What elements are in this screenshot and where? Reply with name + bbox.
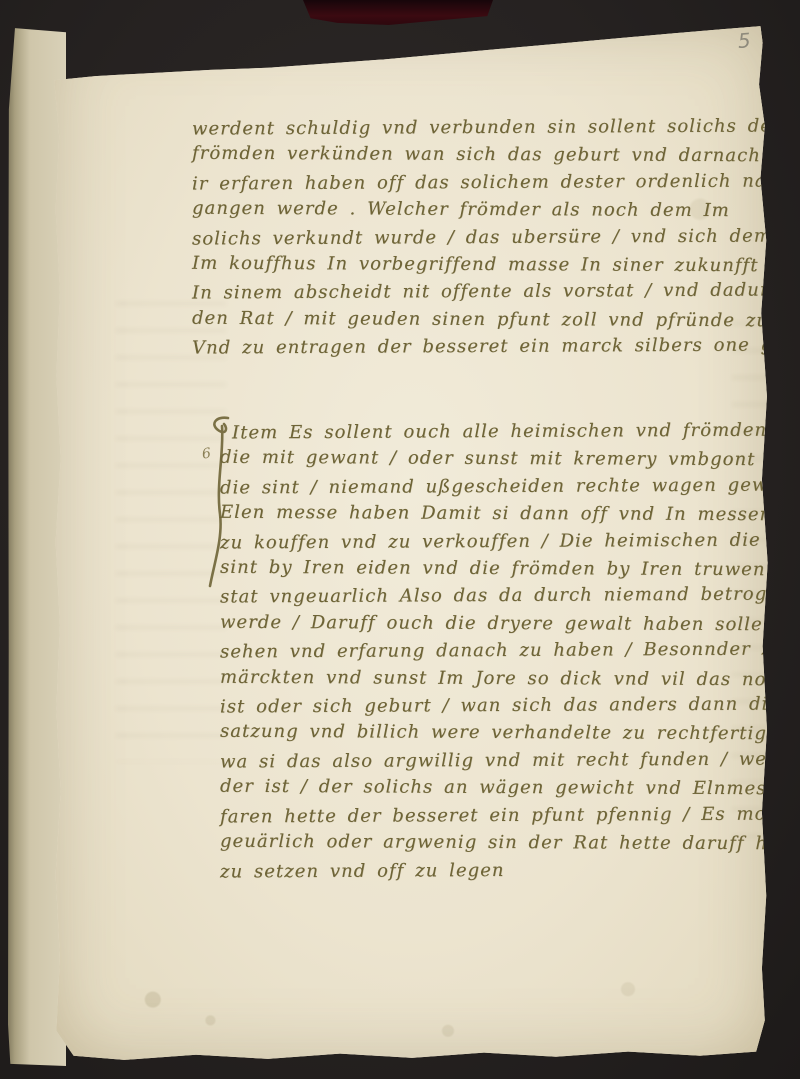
text-line: zu kouffen vnd zu verkouffen / Die heimi…	[220, 526, 776, 556]
text-line: Elen messe haben Damit si dann off vnd I…	[220, 499, 776, 529]
text-line: werdent schuldig vnd verbunden sin solle…	[192, 112, 770, 142]
manuscript-page: 5 werdent schuldig vnd verbunden sin sol…	[52, 22, 772, 1062]
text-line: ist oder sich geburt / wan sich das ande…	[220, 691, 776, 721]
text-line: Item Es sollent ouch alle heimischen vnd…	[232, 417, 776, 447]
paragraph-2: Item Es sollent ouch alle heimischen vnd…	[220, 418, 776, 884]
text-line: geuärlich oder argwenig sin der Rat hett…	[220, 828, 776, 858]
text-line: sint by Iren eiden vnd die frömden by Ir…	[220, 554, 776, 584]
text-line: märckten vnd sunst Im Jore so dick vnd v…	[220, 663, 776, 693]
text-line: die sint / niemand ußgescheiden rechte w…	[220, 471, 776, 501]
text-line: zu setzen vnd off zu legen	[220, 855, 776, 885]
text-line: die mit gewant / oder sunst mit kremery …	[220, 444, 776, 474]
text-line: sehen vnd erfarung danach zu haben / Bes…	[220, 636, 776, 666]
text-line: Vnd zu entragen der besseret ein marck s…	[192, 332, 770, 362]
text-line: stat vngeuarlich Also das da durch niema…	[220, 581, 776, 611]
text-line: faren hette der besseret ein pfunt pfenn…	[220, 800, 776, 830]
text-line: wa si das also argwillig vnd mit recht f…	[220, 745, 776, 775]
text-line: satzung vnd billich were verhandelte zu …	[220, 718, 776, 748]
text-line: der ist / der solichs an wägen gewicht v…	[220, 773, 776, 803]
text-line: In sinem abscheidt nit offente als vorst…	[192, 277, 770, 307]
text-line: solichs verkundt wurde / das ubersüre / …	[192, 222, 770, 252]
text-line: ir erfaren haben off das solichem dester…	[192, 167, 770, 197]
paragraph-1: werdent schuldig vnd verbunden sin solle…	[192, 114, 770, 361]
text-line: den Rat / mit geuden sinen pfunt zoll vn…	[192, 305, 770, 335]
text-line: werde / Daruff ouch die dryere gewalt ha…	[220, 609, 776, 639]
text-line: Im kouffhus In vorbegriffend masse In si…	[192, 250, 770, 280]
text-line: gangen werde . Welcher frömder als noch …	[192, 195, 770, 225]
text-line: frömden verkünden wan sich das geburt vn…	[192, 140, 770, 170]
